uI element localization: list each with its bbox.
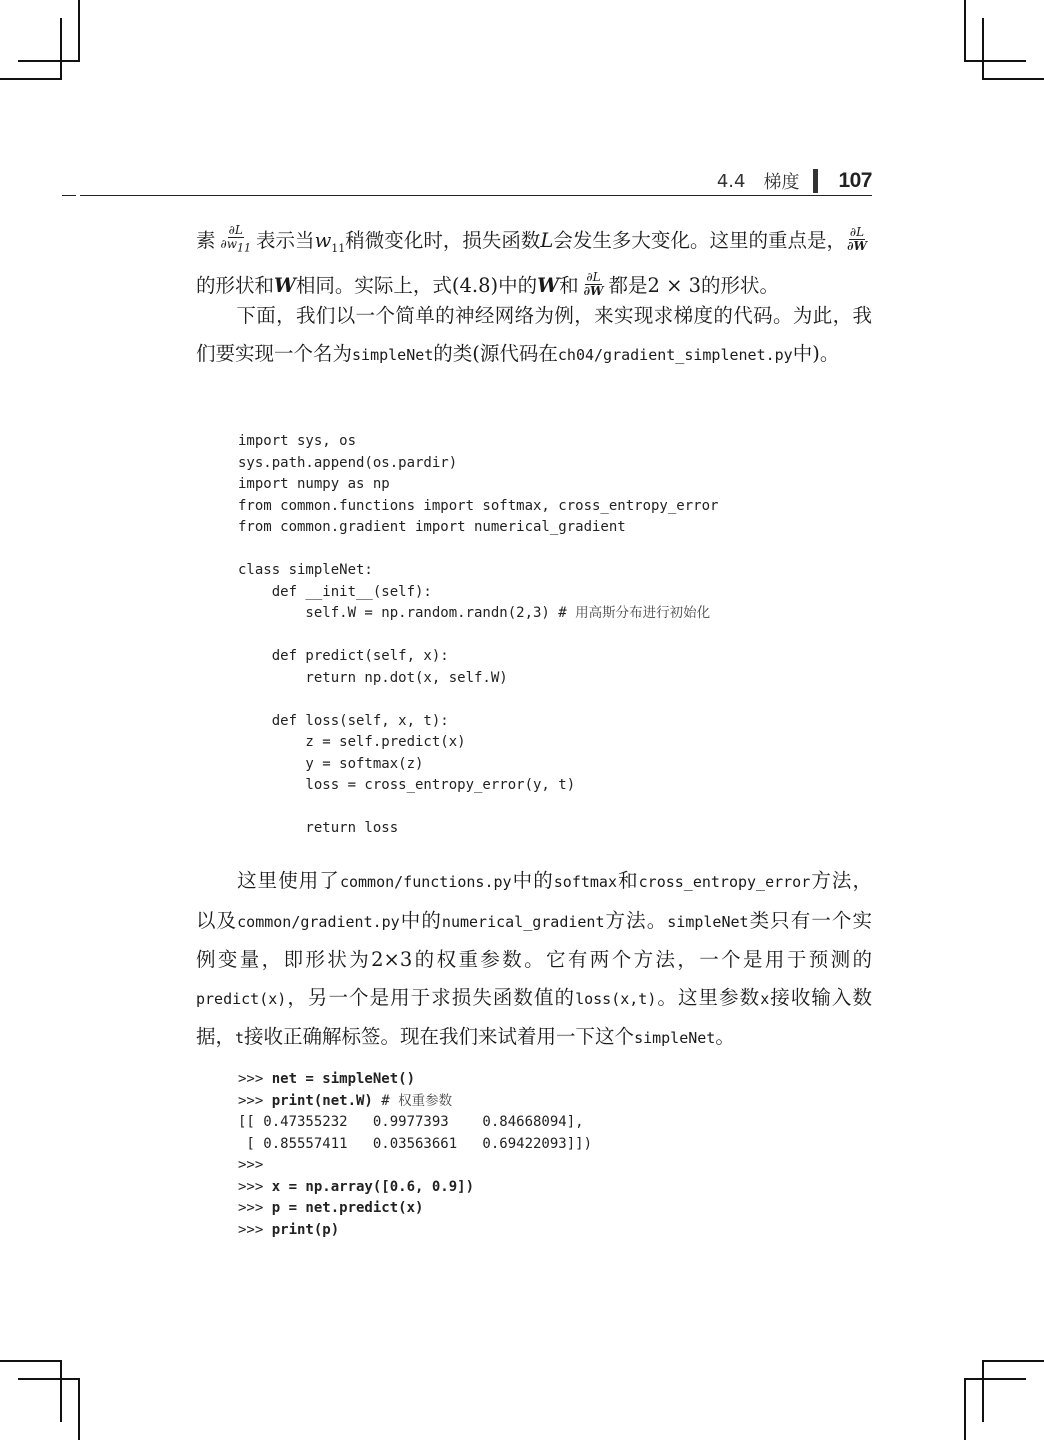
crop-mark xyxy=(78,1378,80,1440)
text: 都是2 × 3的形状。 xyxy=(608,274,779,297)
text: 稍微变化时，损失函数 xyxy=(345,229,540,252)
text: 会发生多大变化。这里的重点是， xyxy=(553,229,846,252)
crop-mark xyxy=(982,18,984,80)
section-title: 梯度 xyxy=(763,168,799,194)
crop-mark xyxy=(964,0,966,62)
fraction-dL-dW: ∂L∂W xyxy=(583,271,605,298)
running-header: 4.4 梯度 107 xyxy=(717,168,872,194)
crop-mark xyxy=(18,60,80,62)
math-w: w xyxy=(315,229,332,252)
code-block-simplenet: import sys, os sys.path.append(os.pardir… xyxy=(238,431,718,840)
section-number: 4.4 xyxy=(717,171,746,192)
text: 的形状和 xyxy=(196,274,274,297)
paragraph-1: 素∂L∂w11表示当w11稍微变化时，损失函数L会发生多大变化。这里的重点是，∂… xyxy=(196,222,872,305)
text: 表示当 xyxy=(256,229,315,252)
inline-code: simpleNet xyxy=(667,913,748,931)
text: 相同。实际上，式(4.8)中的 xyxy=(296,274,537,297)
page-number: 107 xyxy=(838,169,872,193)
inline-code: predict(x) xyxy=(196,990,286,1008)
inline-code: common/gradient.py xyxy=(237,913,400,931)
crop-mark xyxy=(60,18,62,80)
text: 素 xyxy=(196,229,216,252)
inline-code: softmax xyxy=(554,873,617,891)
header-rule xyxy=(80,195,872,196)
math-W: W xyxy=(274,274,296,297)
code-comment: 权重参数 xyxy=(398,1093,452,1109)
text: 和 xyxy=(559,274,579,297)
crop-mark xyxy=(78,0,80,62)
fraction-dL-dw11: ∂L∂w11 xyxy=(220,224,252,254)
crop-mark xyxy=(982,1360,984,1422)
crop-mark xyxy=(60,1360,62,1422)
inline-code: cross_entropy_error xyxy=(639,873,811,891)
crop-mark xyxy=(0,78,62,80)
inline-code: t xyxy=(235,1029,244,1047)
crop-mark xyxy=(964,60,1026,62)
math-W: W xyxy=(537,274,559,297)
crop-mark xyxy=(964,1378,1026,1380)
paragraph-3: 这里使用了common/functions.py中的softmax和cross_… xyxy=(196,862,872,1058)
inline-code: simpleNet xyxy=(634,1029,715,1047)
crop-mark xyxy=(964,1378,966,1440)
inline-code: common/functions.py xyxy=(340,873,512,891)
code-block-session: >>> net = simpleNet() >>> print(net.W) #… xyxy=(238,1069,592,1241)
inline-code: numerical_gradient xyxy=(442,913,605,931)
crop-mark xyxy=(18,1378,80,1380)
crop-mark xyxy=(982,1360,1044,1362)
code-comment: 用高斯分布进行初始化 xyxy=(575,605,710,621)
crop-mark xyxy=(982,78,1044,80)
header-rule-stub xyxy=(62,195,76,196)
inline-code: simpleNet xyxy=(352,346,433,364)
crop-mark xyxy=(0,1360,62,1362)
header-bar xyxy=(813,169,818,193)
fraction-dL-dW: ∂L∂W xyxy=(846,226,868,253)
inline-code: x xyxy=(760,990,769,1008)
math-L: L xyxy=(540,229,553,252)
paragraph-2: 下面，我们以一个简单的神经网络为例，来实现求梯度的代码。为此，我们要实现一个名为… xyxy=(196,297,872,374)
inline-code: loss(x,t) xyxy=(575,990,656,1008)
inline-code: ch04/gradient_simplenet.py xyxy=(558,346,793,364)
